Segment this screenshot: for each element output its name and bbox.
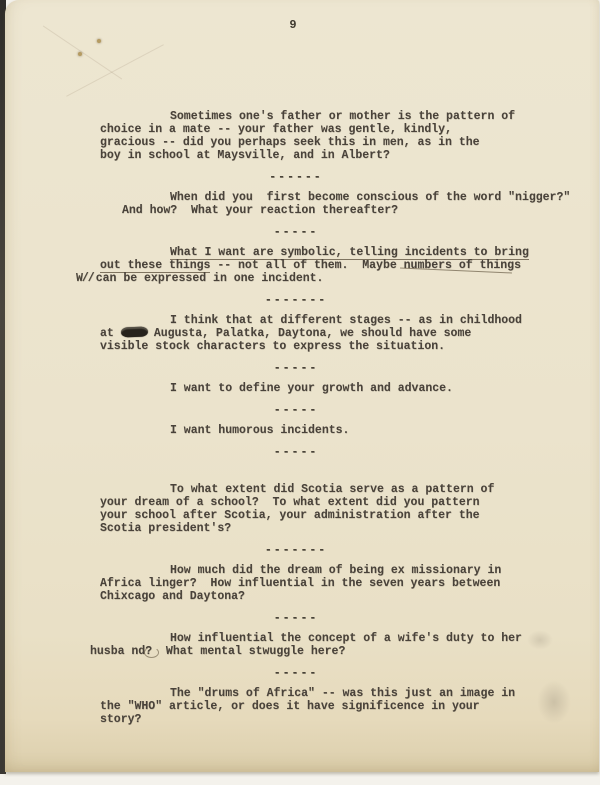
text-line: atAugusta, Palatka, Daytona, we should h…: [100, 327, 570, 340]
text-line: W//can be expressed in one incident.: [100, 272, 570, 285]
dash-separator: ------: [100, 171, 492, 184]
dash-separator: -----: [100, 362, 492, 375]
paragraph: To what extent did Scotia serve as a pat…: [100, 483, 570, 535]
paragraph: What I want are symbolic, telling incide…: [100, 246, 570, 285]
ink-scribble-redaction: [121, 327, 148, 338]
staple-hole: [78, 52, 82, 56]
dash-separator: -----: [100, 667, 492, 680]
text-line: Chixcago and Daytona?: [100, 590, 570, 603]
text-line: gracious -- did you perhaps seek this in…: [100, 136, 570, 149]
page-number: 9: [5, 18, 581, 32]
underlined-text: What I want are symbolic, telling incide…: [170, 246, 529, 260]
typewritten-text: Sometimes one's father or mother is the …: [100, 110, 570, 726]
dash-separator: -------: [100, 294, 492, 307]
dash-separator: -----: [100, 226, 492, 239]
text-line: What I want are symbolic, telling incide…: [100, 246, 570, 259]
text-line: I think that at different stages -- as i…: [100, 314, 570, 327]
typed-correction-mark: W//: [76, 272, 94, 285]
text-line: the "WHO" article, or does it have signi…: [100, 700, 570, 713]
paragraph: Sometimes one's father or mother is the …: [100, 110, 570, 162]
text-line: I want to define your growth and advance…: [100, 382, 570, 395]
text-line: story?: [100, 713, 570, 726]
text-line: husba nd? What mental stwuggle here?: [90, 645, 570, 658]
text-line: And how? What your reaction thereafter?: [100, 204, 570, 217]
text-line: Sometimes one's father or mother is the …: [100, 110, 570, 123]
text-segment: at: [100, 327, 114, 340]
dash-separator: -----: [100, 404, 492, 417]
text-segment: Augusta, Palatka, Daytona, we should hav…: [154, 327, 471, 340]
text-line: To what extent did Scotia serve as a pat…: [100, 483, 570, 496]
dash-separator: -----: [100, 612, 492, 625]
text-line: your school after Scotia, your administr…: [100, 509, 570, 522]
staple-hole: [97, 39, 101, 43]
text-line: your dream of a school? To what extent d…: [100, 496, 570, 509]
paragraph: I want humorous incidents.: [100, 424, 570, 437]
text-line: I want humorous incidents.: [100, 424, 570, 437]
text-line: Scotia president's?: [100, 522, 570, 535]
text-segment: can be expressed in one incident.: [96, 272, 324, 285]
text-line: out these things -- not all of them. May…: [100, 259, 570, 272]
text-line: The "drums of Africa" -- was this just a…: [100, 687, 570, 700]
text-line: visible stock characters to express the …: [100, 340, 570, 353]
paragraph: How influential the concept of a wife's …: [100, 632, 570, 658]
text-line: When did you first become conscious of t…: [100, 191, 570, 204]
handwritten-loop-mark: [144, 647, 159, 658]
underlined-text: out these things: [100, 259, 210, 273]
paragraph: When did you first become conscious of t…: [100, 191, 570, 217]
paragraph: I want to define your growth and advance…: [100, 382, 570, 395]
text-line: How influential the concept of a wife's …: [100, 632, 570, 645]
paragraph: I think that at different stages -- as i…: [100, 314, 570, 353]
text-line: How much did the dream of being ex missi…: [100, 564, 570, 577]
scan-background: 9 Sometimes one's father or mother is th…: [0, 0, 600, 785]
text-line: boy in school at Maysville, and in Alber…: [100, 149, 570, 162]
paragraph: The "drums of Africa" -- was this just a…: [100, 687, 570, 726]
text-line: choice in a mate -- your father was gent…: [100, 123, 570, 136]
text-line: Africa linger? How influential in the se…: [100, 577, 570, 590]
dash-separator: -----: [100, 446, 492, 459]
document-page: 9 Sometimes one's father or mother is th…: [5, 0, 599, 772]
paragraph: How much did the dream of being ex missi…: [100, 564, 570, 603]
dash-separator: -------: [100, 544, 492, 557]
